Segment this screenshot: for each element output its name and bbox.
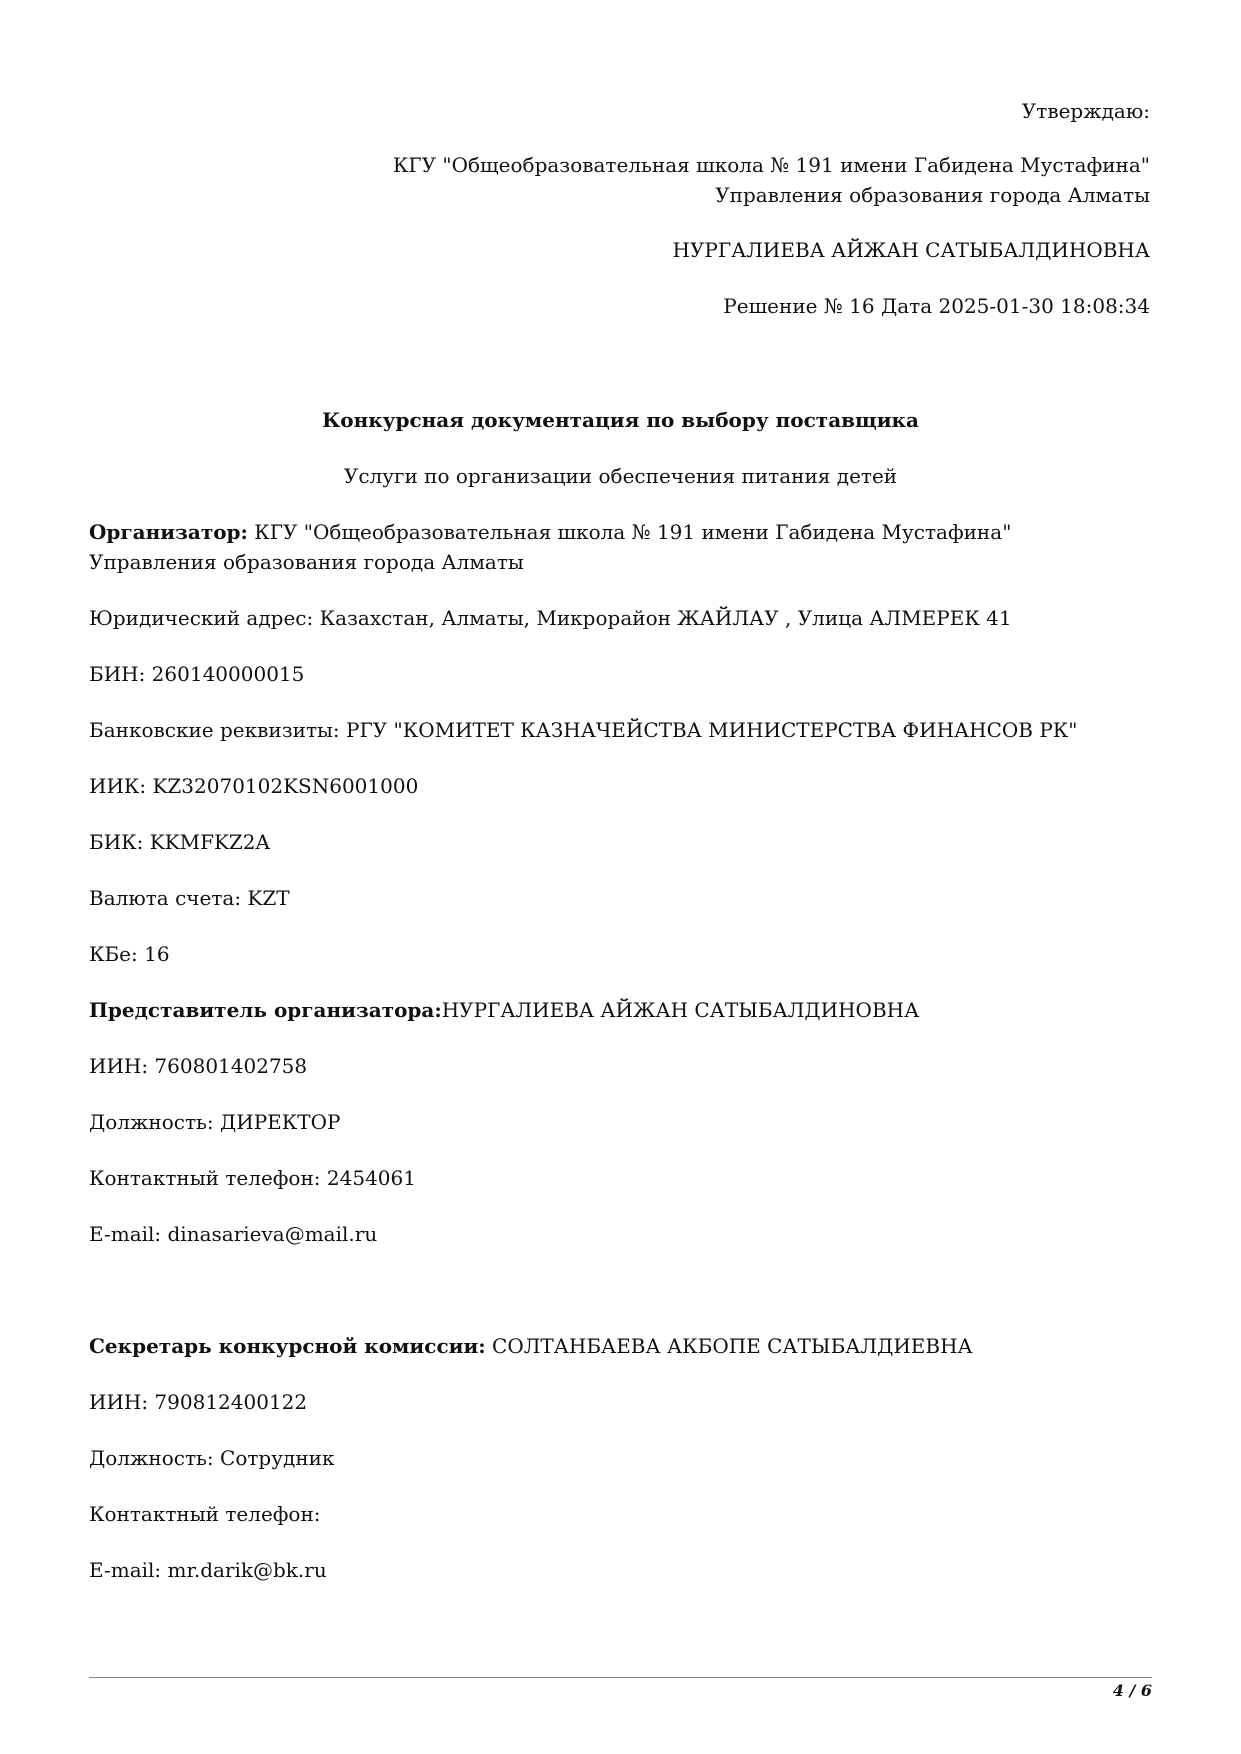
secretary-email: E-mail: mr.darik@bk.ru: [89, 1556, 327, 1584]
representative-label: Представитель организатора:: [89, 998, 442, 1022]
approval-org-line1: КГУ "Общеобразовательная школа № 191 име…: [393, 151, 1150, 179]
page-number: 4 / 6: [1113, 1680, 1152, 1702]
approval-org-line2: Управления образования города Алматы: [715, 181, 1150, 209]
approver-name: НУРГАЛИЕВА АЙЖАН САТЫБАЛДИНОВНА: [673, 236, 1151, 264]
legal-address: Юридический адрес: Казахстан, Алматы, Ми…: [89, 604, 1012, 632]
secretary-position: Должность: Сотрудник: [89, 1444, 334, 1472]
organizer-bik: БИК: KKMFKZ2A: [89, 828, 270, 856]
secretary-label: Секретарь конкурсной комиссии:: [89, 1334, 486, 1358]
representative-iin: ИИН: 760801402758: [89, 1052, 307, 1080]
organizer-line: Организатор: КГУ "Общеобразовательная шк…: [89, 518, 1011, 546]
secretary-iin: ИИН: 790812400122: [89, 1388, 307, 1416]
organizer-iik: ИИК: KZ32070102KSN6001000: [89, 772, 418, 800]
representative-line: Представитель организатора:НУРГАЛИЕВА АЙ…: [89, 996, 919, 1024]
secretary-phone: Контактный телефон:: [89, 1500, 321, 1528]
representative-name: НУРГАЛИЕВА АЙЖАН САТЫБАЛДИНОВНА: [442, 998, 920, 1022]
decision-info: Решение № 16 Дата 2025-01-30 18:08:34: [723, 292, 1150, 320]
bank-details: Банковские реквизиты: РГУ "КОМИТЕТ КАЗНА…: [89, 716, 1078, 744]
account-currency: Валюта счета: KZT: [89, 884, 290, 912]
footer-divider: [89, 1677, 1152, 1678]
secretary-line: Секретарь конкурсной комиссии: СОЛТАНБАЕ…: [89, 1332, 973, 1360]
representative-phone: Контактный телефон: 2454061: [89, 1164, 416, 1192]
organizer-value-line2: Управления образования города Алматы: [89, 548, 524, 576]
organizer-kbe: КБе: 16: [89, 940, 170, 968]
representative-position: Должность: ДИРЕКТОР: [89, 1108, 340, 1136]
secretary-name: СОЛТАНБАЕВА АКБОПЕ САТЫБАЛДИЕВНА: [486, 1334, 973, 1358]
organizer-bin: БИН: 260140000015: [89, 660, 304, 688]
representative-email: E-mail: dinasarieva@mail.ru: [89, 1220, 377, 1248]
document-page: Утверждаю: КГУ "Общеобразовательная школ…: [0, 0, 1241, 1754]
organizer-label: Организатор:: [89, 520, 248, 544]
document-title: Конкурсная документация по выбору постав…: [0, 406, 1241, 434]
approval-label: Утверждаю:: [1022, 97, 1150, 125]
organizer-value: КГУ "Общеобразовательная школа № 191 име…: [248, 520, 1011, 544]
document-subtitle: Услуги по организации обеспечения питани…: [0, 462, 1241, 490]
